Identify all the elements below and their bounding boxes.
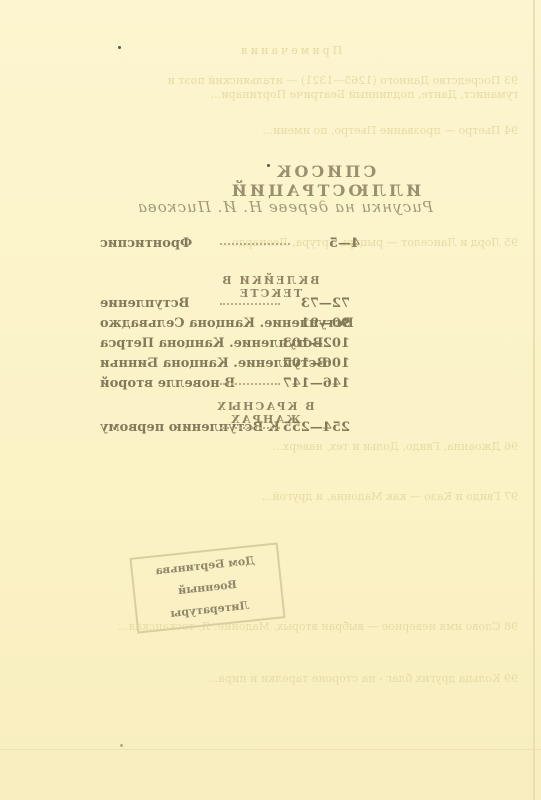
- leader-dots: [220, 383, 280, 385]
- ink-speck: [120, 744, 123, 747]
- page-edge-bottom: [0, 749, 541, 750]
- page-subheading: Рисунки на дереве Н. И. Пискова: [120, 198, 450, 216]
- toc-label: В новелле второй: [100, 376, 235, 391]
- toc-pages: 106—107: [283, 356, 350, 371]
- toc-row: Вступление. Канцона Бинньи 106—107: [100, 356, 350, 372]
- toc-row-frontispiece: Фронтиспис 4—5: [100, 236, 360, 252]
- toc-pages: 146—147: [283, 376, 350, 391]
- leader-dots: [220, 427, 280, 429]
- leader-dots: [220, 303, 280, 305]
- toc-pages: 254—255: [283, 420, 350, 435]
- ghost-note: 94 Пьетро — прозвание Пьетро, по имени..…: [118, 124, 518, 138]
- ghost-note: 93 Посредство Данного (1265—1321) — итал…: [118, 74, 518, 102]
- toc-pages: 90—91: [301, 316, 350, 331]
- library-stamp: Дом Бертиньва Военный Литературы: [129, 542, 285, 633]
- toc-pages: 72—73: [301, 296, 350, 311]
- toc-pages: 4—5: [329, 236, 360, 251]
- toc-row: В новелле второй 146—147: [100, 376, 350, 392]
- running-header: Примечания: [220, 44, 360, 58]
- ink-speck: [118, 46, 121, 49]
- page-edge-right: [533, 0, 535, 800]
- ghost-note: 99 Кольца других благ - на стороне тарел…: [118, 672, 518, 686]
- ghost-note: 97 Гвидо и Казо — как Мадонна, и другой.…: [118, 490, 518, 504]
- page-heading: СПИСОК ИЛЛЮСТРАЦИЙ: [180, 162, 470, 200]
- toc-row: Вступление. Канцона Сельваджо 90—91: [100, 316, 350, 332]
- toc-row: Вступление. Канцона Петрса 102—103: [100, 336, 350, 352]
- scanned-page: Примечания 93 Посредство Данного (1265—1…: [0, 0, 541, 800]
- toc-label: Вступление: [100, 296, 190, 311]
- ink-speck: [267, 164, 270, 167]
- leader-dots: [220, 243, 290, 245]
- toc-pages: 102—103: [283, 336, 350, 351]
- ghost-note: 96 Джоанна, Гвидо, Дольи и тех, наверх..…: [118, 440, 518, 454]
- toc-row: К Вступлению первому 254—255: [100, 420, 350, 436]
- toc-label: Фронтиспис: [100, 236, 192, 251]
- toc-row: Вступление 72—73: [100, 296, 350, 312]
